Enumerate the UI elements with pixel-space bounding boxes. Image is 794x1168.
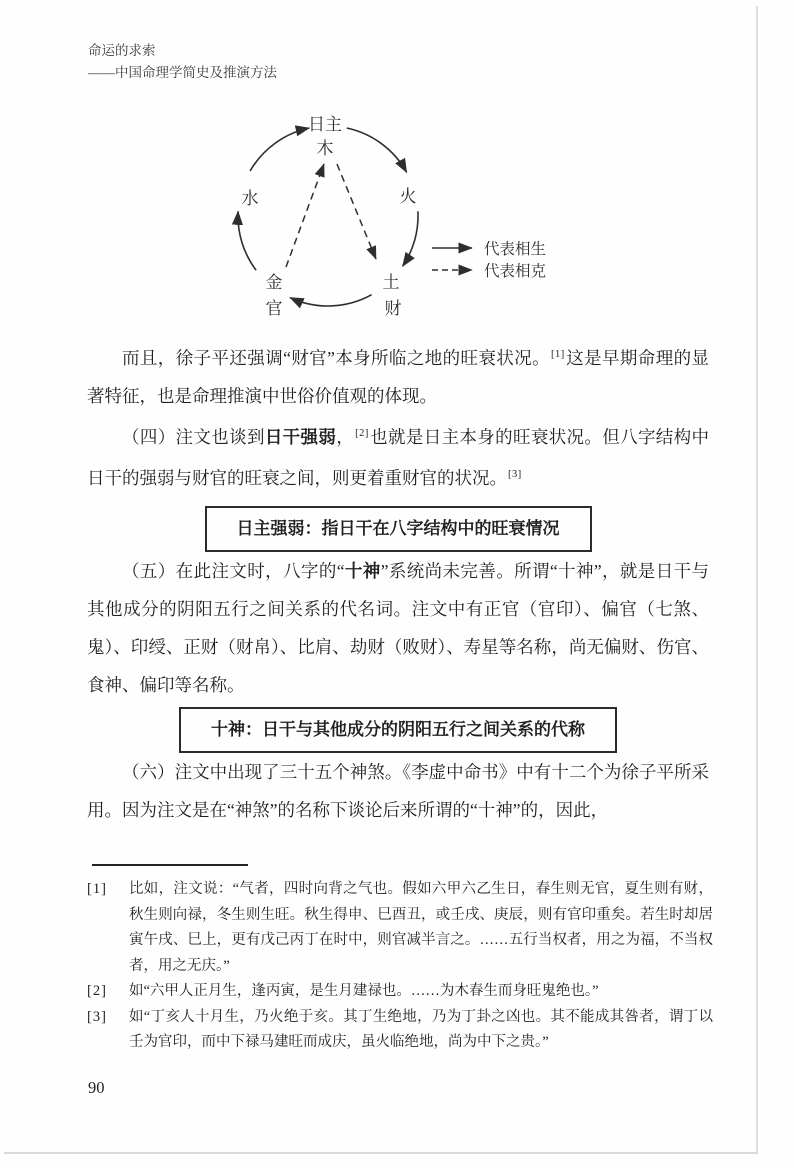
label-day-master: 日主: [308, 115, 342, 134]
footnote-1: [1] 比如，注文说：“气者，四时向背之气也。假如六甲六乙生日，春生则无官，夏生…: [87, 877, 713, 979]
footnote-3-marker: [3]: [87, 1005, 129, 1031]
label-official: 官: [266, 299, 283, 318]
page-number: 90: [88, 1078, 105, 1098]
label-wealth: 财: [385, 299, 402, 318]
legend-generation-label: 代表相生: [484, 239, 546, 258]
footnote-2-marker: [2]: [87, 979, 129, 1005]
definition-box-shishen: 十神：日干与其他成分的阴阳五行之间关系的代称: [179, 707, 617, 753]
label-wood: 木: [317, 139, 334, 158]
arrow-metal-to-wood: [286, 164, 324, 267]
paragraph-caiguan: 而且，徐子平还强调“财官”本身所临之地的旺衰状况。[1]这是早期命理的显著特征，…: [87, 336, 709, 415]
arrow-water-to-wood: [250, 128, 309, 171]
footnote-1-marker: [1]: [87, 877, 129, 903]
footnote-2-text: 如“六甲人正月生，逢丙寅，是生月建禄也。……为木春生而身旺鬼绝也。”: [129, 979, 713, 1005]
paragraph-item-5: （五）在此注文时，八字的“十神”系统尚未完善。所谓“十神”，就是日干与其他成分的…: [87, 552, 709, 704]
footnote-1-text: 比如，注文说：“气者，四时向背之气也。假如六甲六乙生日，春生则无官，夏生则有财，…: [129, 877, 713, 979]
diagram-legend: 代表相生 代表相克: [432, 239, 546, 280]
scan-edge-right: [756, 6, 758, 1152]
footnote-2: [2] 如“六甲人正月生，逢丙寅，是生月建禄也。……为木春生而身旺鬼绝也。”: [87, 979, 713, 1005]
arrow-earth-to-metal: [290, 295, 372, 306]
book-title: 命运的求索: [88, 40, 277, 62]
label-metal: 金: [266, 273, 283, 292]
book-subtitle: ——中国命理学简史及推演方法: [88, 62, 277, 84]
arrow-wood-to-earth: [337, 164, 376, 259]
footnotes-section: [1] 比如，注文说：“气者，四时向背之气也。假如六甲六乙生日，春生则无官，夏生…: [87, 864, 713, 1056]
main-text-column: 而且，徐子平还强调“财官”本身所临之地的旺衰状况。[1]这是早期命理的显著特征，…: [87, 336, 709, 829]
overcoming-arrows: [286, 164, 376, 267]
legend-overcoming-label: 代表相克: [484, 261, 546, 280]
paragraph-item-6: （六）注文中出现了三十五个神煞。《李虚中命书》中有十二个为徐子平所采用。因为注文…: [87, 753, 709, 829]
paragraph-item-4: （四）注文也谈到日干强弱，[2]也就是日主本身的旺衰状况。但八字结构中日干的强弱…: [87, 415, 709, 497]
five-elements-cycle-diagram: 日主 木 火 土 财 金 官 水 代表相生 代表相克: [210, 110, 640, 325]
label-earth: 土: [383, 273, 400, 292]
definition-box-rizhu-qiangruo: 日主强弱：指日干在八字结构中的旺衰情况: [205, 506, 592, 552]
arrow-wood-to-fire: [347, 128, 407, 172]
footnote-divider: [92, 864, 248, 866]
arrow-fire-to-earth: [403, 211, 418, 266]
scan-edge-bottom: [4, 1152, 758, 1154]
label-water: 水: [242, 189, 259, 208]
arrow-metal-to-water: [238, 211, 256, 270]
book-page: { "page_number": "90", "header": { "book…: [0, 0, 794, 1168]
footnote-3: [3] 如“丁亥人十月生，乃火绝于亥。其丁生绝地，乃为丁卦之凶也。其不能成其咎者…: [87, 1005, 713, 1056]
label-fire: 火: [400, 187, 417, 206]
running-header: 命运的求索 ——中国命理学简史及推演方法: [88, 40, 277, 84]
footnote-3-text: 如“丁亥人十月生，乃火绝于亥。其丁生绝地，乃为丁卦之凶也。其不能成其咎者，谓丁以…: [129, 1005, 713, 1056]
five-elements-svg: 日主 木 火 土 财 金 官 水 代表相生 代表相克: [210, 110, 640, 325]
